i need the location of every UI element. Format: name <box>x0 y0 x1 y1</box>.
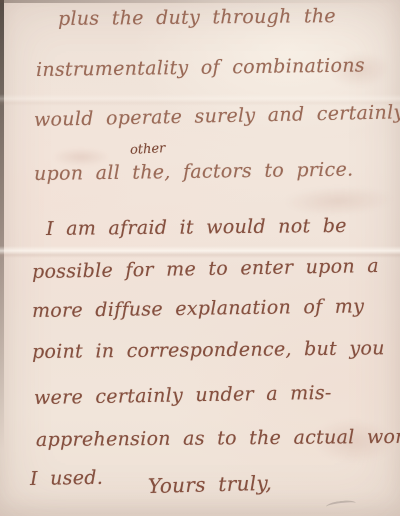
handwritten-line-4: upon all the, factors to price. <box>34 159 354 185</box>
handwritten-line-3: would operate surely and certainly <box>34 101 400 131</box>
valediction-yours-truly: Yours truly, <box>148 471 273 498</box>
handwritten-line-5: I am afraid it would not be <box>46 215 347 240</box>
handwritten-line-8: point in correspondence, but you <box>32 337 385 363</box>
handwritten-line-1: plus the duty through the <box>58 5 336 30</box>
ink-bleedthrough-smudge <box>282 184 395 218</box>
pencil-mark <box>326 499 357 511</box>
photo-top-edge-shadow <box>0 0 400 3</box>
handwritten-line-2: instrumentality of combinations <box>36 54 365 81</box>
photo-left-edge-shadow <box>0 0 4 450</box>
letter-photo: plus the duty through the instrumentalit… <box>0 0 400 516</box>
handwritten-line-11-i-used: I used. <box>30 467 103 490</box>
handwritten-line-6: possible for me to enter upon a <box>32 255 379 283</box>
handwritten-line-10: apprehension as to the actual words <box>36 426 400 451</box>
handwritten-line-7: more diffuse explanation of my <box>32 295 364 322</box>
inserted-word-above-line-4: other <box>130 141 166 158</box>
handwritten-line-9: were certainly under a mis- <box>34 382 332 409</box>
